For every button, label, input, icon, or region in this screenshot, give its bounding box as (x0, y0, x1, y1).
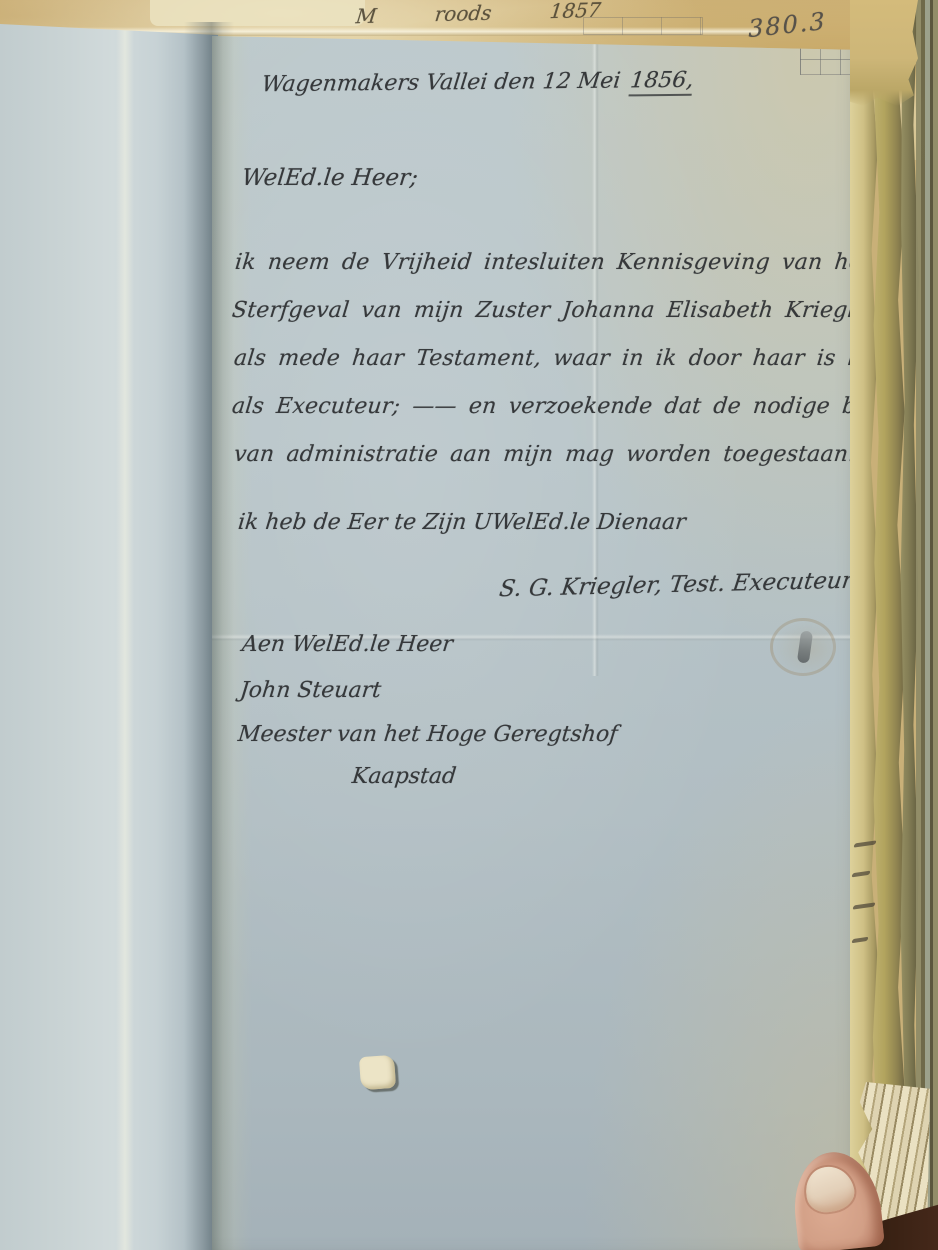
dateline-year: 1856, (629, 68, 695, 97)
paper-chip (359, 1055, 396, 1090)
address-line: Kaapstad (351, 764, 458, 789)
letter-body-line: van administratie aan mijn mag worden to… (233, 442, 857, 467)
dateline-place: Wagenmakers Vallei den 12 Mei (260, 69, 621, 98)
torn-edge-strip (916, 0, 938, 1250)
letter-page: Wagenmakers Vallei den 12 Mei1856, WelEd… (212, 0, 862, 1250)
signature: S. G. Kriegler, Test. Executeur (498, 568, 855, 603)
letter-body-line: ik neem de Vrijheid intesluiten Kennisge… (234, 250, 873, 275)
book-gutter-shadow (184, 22, 234, 1250)
torn-edge-strip (870, 0, 906, 1250)
backing-sheet-writing-fragment: M roods 1857 (355, 0, 602, 28)
letter-body-line: als mede haar Testament, waar in ik door… (233, 346, 938, 371)
torn-page-edges (850, 0, 938, 1250)
archival-letter-photo: M roods 1857 380.3 Wagenmakers Vallei de… (0, 0, 938, 1250)
letter-salutation: WelEd.le Heer; (241, 165, 420, 191)
letter-dateline: Wagenmakers Vallei den 12 Mei1856, (260, 68, 695, 98)
thumb-holding-page (789, 1148, 885, 1250)
address-line: John Steuart (239, 678, 383, 703)
letter-closing: ik heb de Eer te Zijn UWelEd.le Dienaar (237, 510, 687, 535)
letter-body-line: Sterfgeval van mijn Zuster Johanna Elisa… (231, 298, 885, 323)
stain-core (797, 630, 813, 663)
address-line: Aen WelEd.le Heer (241, 632, 455, 657)
stain-mark (770, 618, 836, 676)
address-line: Meester van het Hoge Geregtshof (237, 722, 619, 747)
pencil-grid-marks (583, 17, 703, 35)
archive-number: 380.3 (748, 8, 827, 44)
torn-edge-top-corner (850, 0, 918, 106)
facing-page-crease (116, 28, 134, 1250)
backing-sheet-light-patch (150, 0, 365, 26)
letter-body-line: als Executeur; —— en verzoekende dat de … (231, 394, 929, 419)
